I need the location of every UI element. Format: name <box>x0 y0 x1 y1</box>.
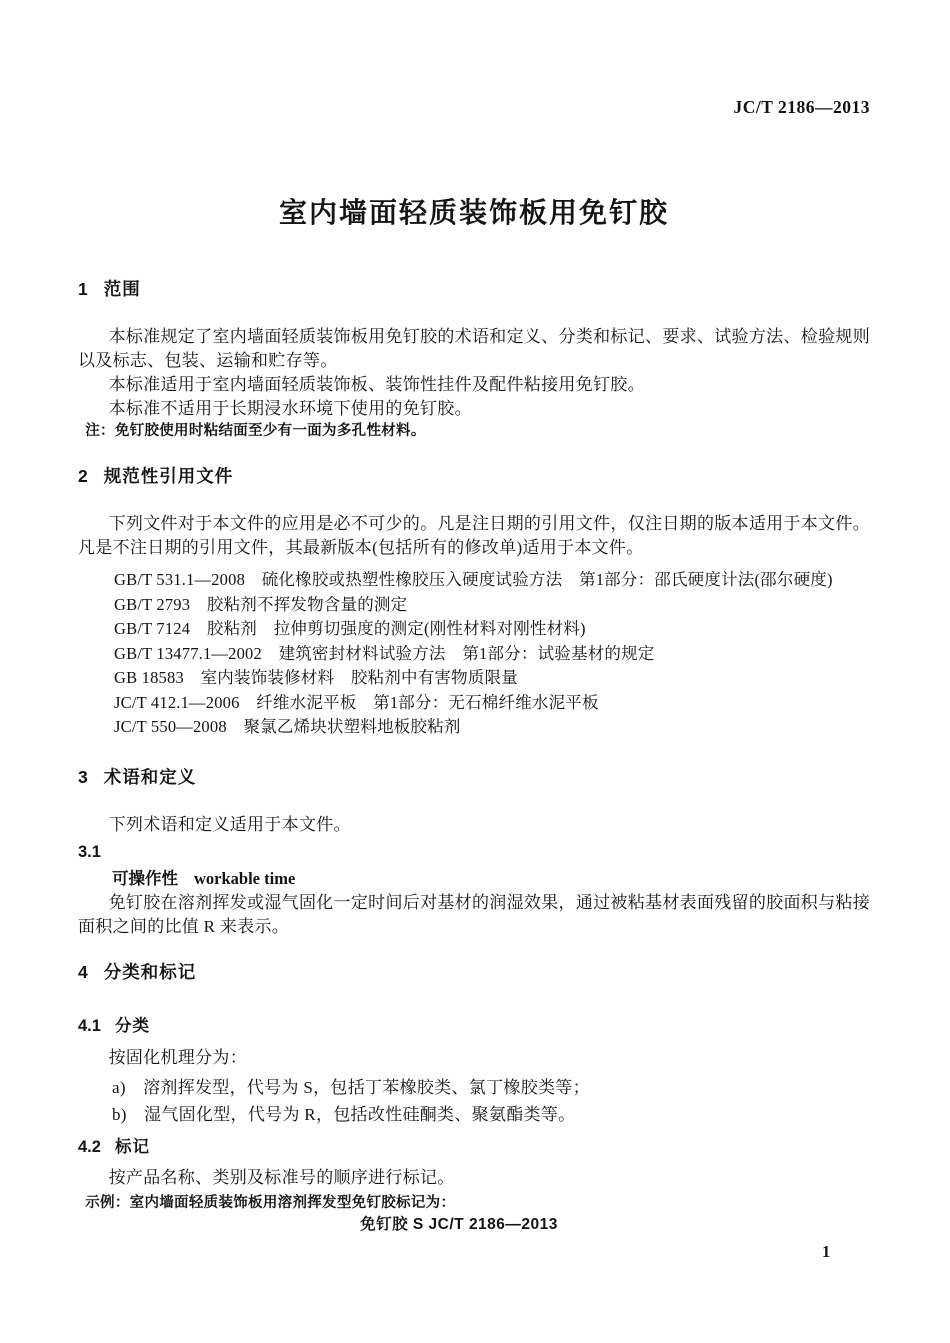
section-4-title: 分类和标记 <box>104 962 197 982</box>
scope-note: 注：免钉胶使用时粘结面至少有一面为多孔性材料。 <box>78 421 870 441</box>
terms-intro: 下列术语和定义适用于本文件。 <box>78 813 870 837</box>
clause-4-2-title: 标记 <box>115 1138 150 1156</box>
classification-item-a: a) 溶剂挥发型，代号为 S，包括丁苯橡胶类、氯丁橡胶类等； <box>78 1074 870 1101</box>
term-chinese: 可操作性 <box>112 870 178 888</box>
reference-item: GB/T 2793 胶粘剂不挥发物含量的测定 <box>78 593 870 618</box>
page-number: 1 <box>822 1242 830 1262</box>
clause-4-2-number: 4.2 <box>78 1138 101 1156</box>
classification-item-b: b) 湿气固化型，代号为 R，包括改性硅酮类、聚氨酯类等。 <box>78 1101 870 1128</box>
standard-code: JC/T 2186—2013 <box>78 97 870 117</box>
reference-item: GB/T 7124 胶粘剂 拉伸剪切强度的测定(刚性材料对刚性材料) <box>78 617 870 642</box>
classification-intro: 按固化机理分为： <box>78 1046 870 1070</box>
references-list: GB/T 531.1—2008 硫化橡胶或热塑性橡胶压入硬度试验方法 第1部分：… <box>78 568 870 740</box>
marking-example-value: 免钉胶 S JC/T 2186—2013 <box>78 1215 840 1235</box>
section-4-number: 4 <box>78 962 88 982</box>
section-2-heading: 2规范性引用文件 <box>78 465 870 487</box>
scope-paragraph-1: 本标准规定了室内墙面轻质装饰板用免钉胶的术语和定义、分类和标记、要求、试验方法、… <box>78 325 870 373</box>
section-1-heading: 1范围 <box>78 278 870 300</box>
term-definition: 免钉胶在溶剂挥发或湿气固化一定时间后对基材的润湿效果，通过被粘基材表面残留的胶面… <box>78 891 870 939</box>
marking-paragraph: 按产品名称、类别及标准号的顺序进行标记。 <box>78 1166 870 1190</box>
document-page: JC/T 2186—2013 室内墙面轻质装饰板用免钉胶 1范围 本标准规定了室… <box>0 0 950 1343</box>
term-line: 可操作性workable time <box>78 868 870 890</box>
reference-item: JC/T 412.1—2006 纤维水泥平板 第1部分：无石棉纤维水泥平板 <box>78 691 870 716</box>
reference-item: JC/T 550—2008 聚氯乙烯块状塑料地板胶粘剂 <box>78 715 870 740</box>
scope-paragraph-2: 本标准适用于室内墙面轻质装饰板、装饰性挂件及配件粘接用免钉胶。 <box>78 373 870 397</box>
clause-4-1-heading: 4.1分类 <box>78 1015 870 1037</box>
section-2-number: 2 <box>78 466 88 486</box>
marking-example-label: 示例：室内墙面轻质装饰板用溶剂挥发型免钉胶标记为： <box>78 1193 870 1213</box>
section-1-number: 1 <box>78 279 88 299</box>
clause-3-1-number: 3.1 <box>78 841 870 863</box>
document-title: 室内墙面轻质装饰板用免钉胶 <box>78 195 870 231</box>
reference-item: GB/T 531.1—2008 硫化橡胶或热塑性橡胶压入硬度试验方法 第1部分：… <box>78 568 870 593</box>
scope-paragraph-3: 本标准不适用于长期浸水环境下使用的免钉胶。 <box>78 397 870 421</box>
section-4-heading: 4分类和标记 <box>78 961 870 983</box>
reference-item: GB/T 13477.1—2002 建筑密封材料试验方法 第1部分：试验基材的规… <box>78 642 870 667</box>
clause-4-1-number: 4.1 <box>78 1017 101 1035</box>
reference-item: GB 18583 室内装饰装修材料 胶粘剂中有害物质限量 <box>78 666 870 691</box>
references-intro: 下列文件对于本文件的应用是必不可少的。凡是注日期的引用文件，仅注日期的版本适用于… <box>78 512 870 560</box>
section-3-heading: 3术语和定义 <box>78 766 870 788</box>
section-3-title: 术语和定义 <box>104 767 197 787</box>
term-english: workable time <box>194 869 295 888</box>
section-2-title: 规范性引用文件 <box>104 466 234 486</box>
section-1-title: 范围 <box>104 279 141 299</box>
clause-4-2-heading: 4.2标记 <box>78 1136 870 1158</box>
section-3-number: 3 <box>78 767 88 787</box>
clause-4-1-title: 分类 <box>115 1017 150 1035</box>
